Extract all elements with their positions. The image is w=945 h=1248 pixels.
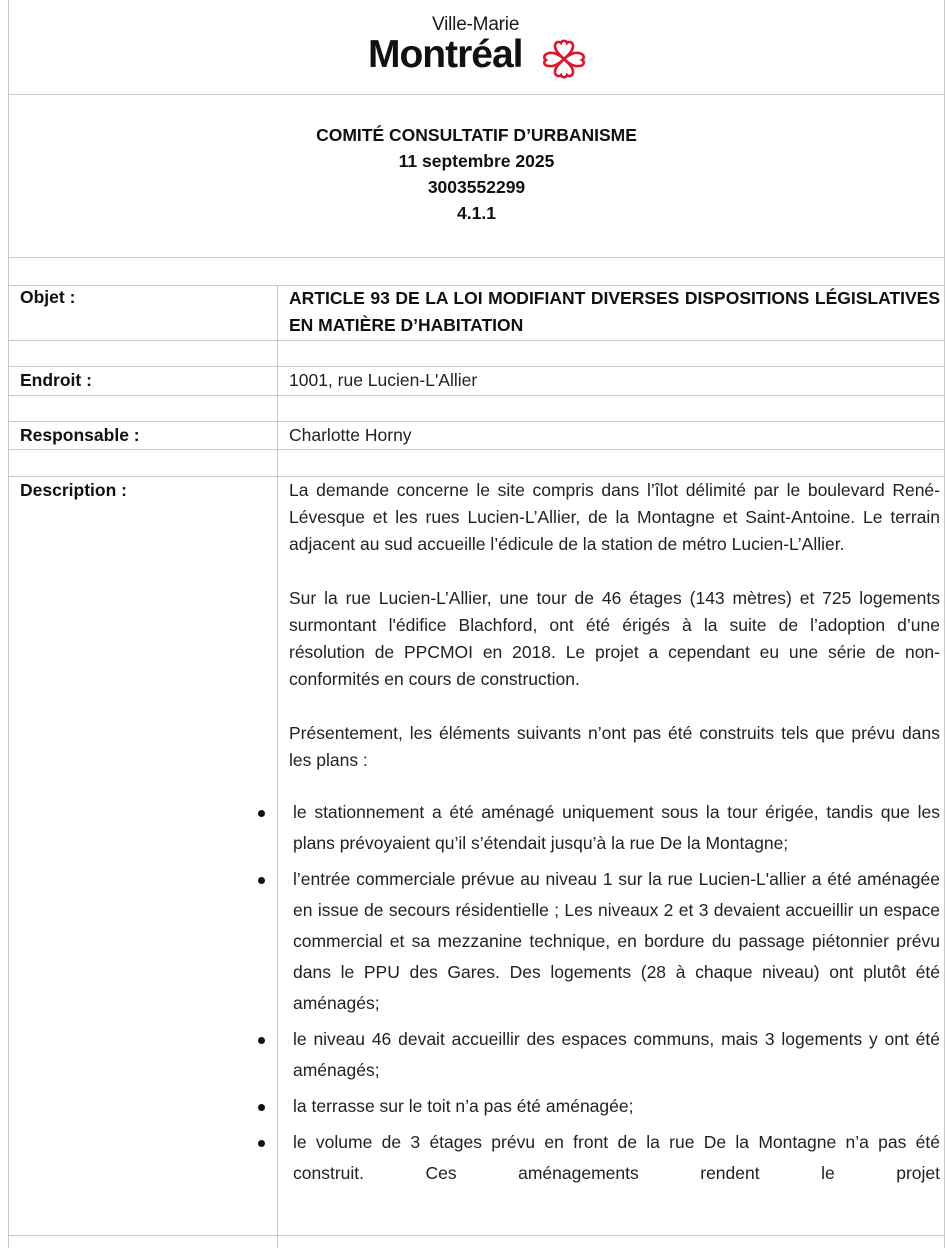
description-bullets: le stationnement a été aménagé uniquemen… (289, 797, 940, 1194)
item-number: 4.1.1 (8, 200, 945, 226)
objet-label: Objet : (20, 287, 75, 308)
ville-marie-montreal-logo: Ville-Marie Montréal (0, 6, 945, 86)
row-line (8, 257, 945, 258)
description-label: Description : (20, 480, 127, 501)
committee-name: COMITÉ CONSULTATIF D’URBANISME (8, 122, 945, 148)
meeting-date: 11 septembre 2025 (8, 148, 945, 174)
bullet-icon (258, 1037, 265, 1044)
responsable-value: Charlotte Horny (289, 422, 940, 449)
row-line (8, 340, 945, 341)
description-paragraph: La demande concerne le site compris dans… (289, 477, 940, 558)
objet-value: ARTICLE 93 DE LA LOI MODIFIANT DIVERSES … (289, 285, 940, 339)
row-line (8, 449, 945, 450)
description-paragraph: Sur la rue Lucien-L’Allier, une tour de … (289, 585, 940, 693)
list-item: l’entrée commerciale prévue au niveau 1 … (221, 864, 940, 1019)
meeting-header: COMITÉ CONSULTATIF D’URBANISME 11 septem… (8, 122, 945, 226)
row-line (8, 1235, 945, 1236)
endroit-label: Endroit : (20, 370, 92, 391)
file-number: 3003552299 (8, 174, 945, 200)
list-item: le niveau 46 devait accueillir des espac… (221, 1024, 940, 1086)
list-item: le stationnement a été aménagé uniquemen… (221, 797, 940, 859)
bullet-icon (258, 1140, 265, 1147)
description-paragraph: Présentement, les éléments suivants n’on… (289, 720, 940, 774)
endroit-value: 1001, rue Lucien-L'Allier (289, 367, 940, 394)
montreal-flower-logo-icon (538, 38, 590, 80)
row-line (8, 94, 945, 95)
bullet-icon (258, 1104, 265, 1111)
list-item: le volume de 3 étages prévu en front de … (221, 1127, 940, 1189)
description-value: La demande concerne le site compris dans… (289, 477, 940, 774)
logo-title: Montréal (368, 33, 523, 77)
responsable-label: Responsable : (20, 425, 140, 446)
list-item: la terrasse sur le toit n’a pas été amén… (221, 1091, 940, 1122)
bullet-icon (258, 810, 265, 817)
row-line (8, 395, 945, 396)
bullet-icon (258, 877, 265, 884)
